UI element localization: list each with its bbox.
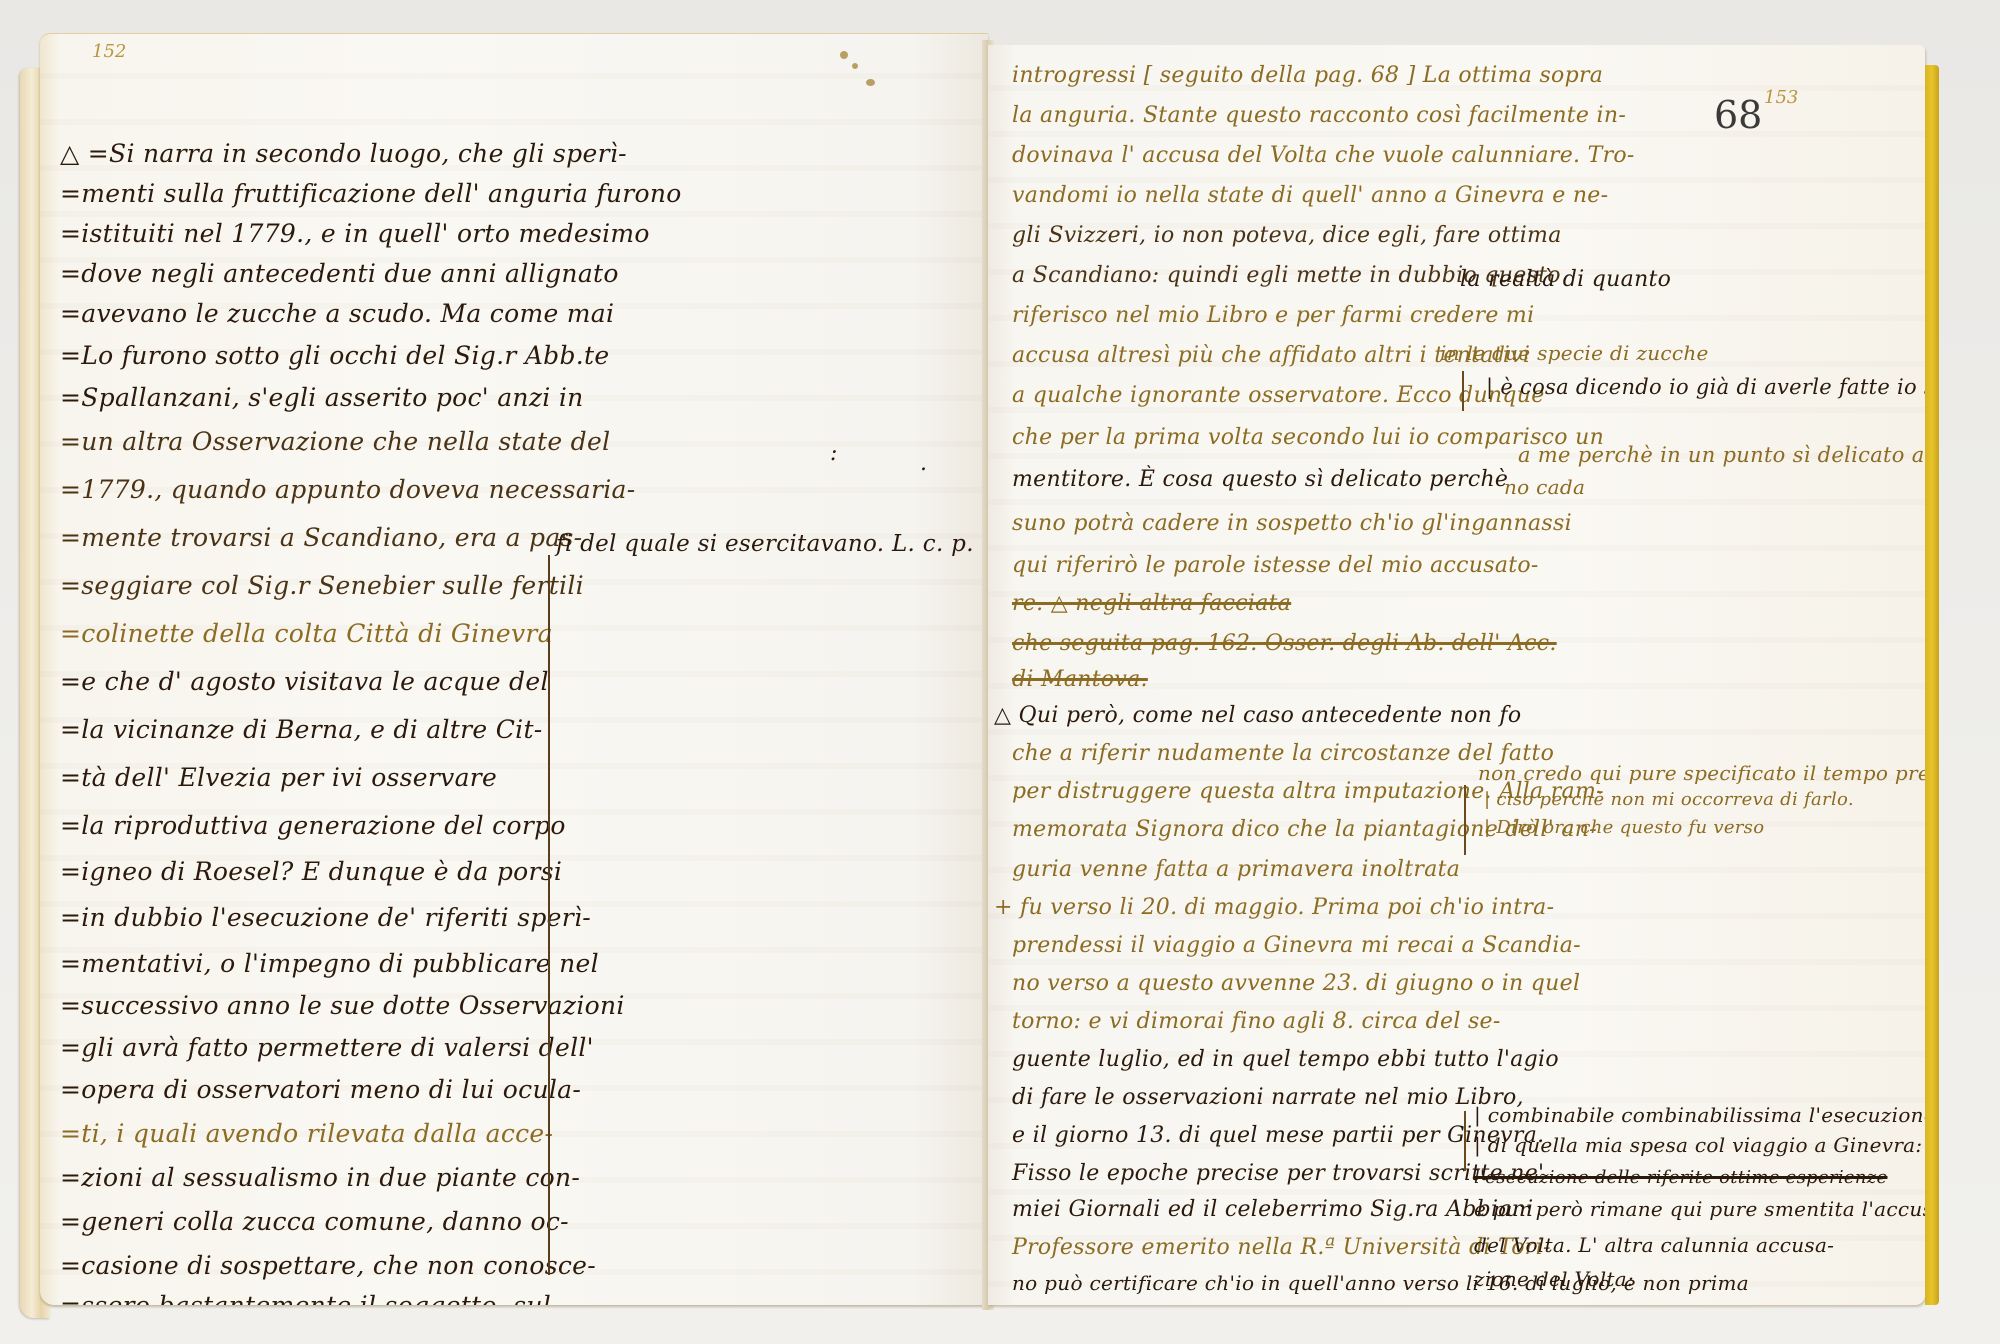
text-line: =avevano le zucche a scudo. Ma come mai <box>60 301 614 326</box>
text-line: prendessi il viaggio a Ginevra mi recai … <box>1012 935 1581 957</box>
insertion-bracket <box>1464 1111 1466 1171</box>
folio-number: 68 <box>1714 93 1762 137</box>
text-line: dovinava l' accusa del Volta che vuole c… <box>1012 145 1635 167</box>
margin-mark: : <box>830 443 838 465</box>
margin-addition: no cada <box>1504 477 1585 497</box>
right-pencil-page-number: 153 <box>1764 87 1798 108</box>
text-line: la anguria. Stante questo racconto così … <box>1012 105 1626 127</box>
text-line: =menti sulla fruttificazione dell' angur… <box>60 181 682 206</box>
text-line: =1779., quando appunto doveva necessaria… <box>60 477 635 502</box>
text-line: =ssero bastantemente il soggetto, sul <box>60 1293 551 1305</box>
text-line: =opera di osservatori meno di lui ocula- <box>60 1077 581 1102</box>
text-line: =la riproduttiva generazione del corpo <box>60 813 566 838</box>
text-line: =Spallanzani, s'egli asserito poc' anzi … <box>60 385 584 410</box>
margin-addition: | è cosa dicendo io già di averle fatte … <box>1486 377 1925 398</box>
text-line: introgressi [ seguito della pag. 68 ] La… <box>1012 65 1603 87</box>
text-line: =dove negli antecedenti due anni alligna… <box>60 261 619 286</box>
margin-addition: | ciso perchè non mi occorreva di farlo. <box>1484 791 1854 809</box>
insertion-bracket <box>1462 371 1464 411</box>
struck-text-line: di Mantova. <box>1012 669 1148 691</box>
text-line: =tà dell' Elvezia per ivi osservare <box>60 765 497 790</box>
text-line: torno: e vi dimorai fino agli 8. circa d… <box>1012 1011 1501 1033</box>
text-line: △ Qui però, come nel caso antecedente no… <box>994 705 1521 727</box>
margin-note: fi del quale si esercitavano. L. c. p. 1… <box>556 533 988 556</box>
margin-addition: del Volta. L' altra calunnia accusa- <box>1474 1235 1834 1255</box>
text-line: guria venne fatta a primavera inoltrata <box>1012 859 1460 881</box>
text-line: di fare le osservazioni narrate nel mio … <box>1012 1087 1524 1109</box>
margin-addition: | Dirò ora che questo fu verso <box>1484 819 1764 837</box>
margin-bracket-line <box>548 555 550 1275</box>
text-line: riferisco nel mio Libro e per farmi cred… <box>1012 305 1534 327</box>
text-line: =zioni al sessualismo in due piante con- <box>60 1165 580 1190</box>
text-line: no verso a questo avvenne 23. di giugno … <box>1012 973 1580 995</box>
struck-text-line: che seguita pag. 162. Osser. degli Ab. d… <box>1012 633 1557 655</box>
ink-stain <box>866 79 875 86</box>
text-line: vandomi io nella state di quell' anno a … <box>1012 185 1608 207</box>
text-line: che per la prima volta secondo lui io co… <box>1012 427 1604 449</box>
text-line: =casione di sospettare, che non conosce- <box>60 1253 596 1278</box>
right-page: 68 153 introgressi [ seguito della pag. … <box>988 45 1925 1305</box>
text-line: =colinette della colta Città di Ginevra <box>60 621 553 646</box>
yellow-page-edge <box>1925 65 1939 1305</box>
margin-addition: a me perchè in un punto sì delicato a ne… <box>1518 445 1925 466</box>
margin-addition: | di quella mia spesa col viaggio a Gine… <box>1474 1135 1925 1155</box>
text-line: che a riferir nudamente la circostanze d… <box>1012 743 1554 765</box>
text-line: =la vicinanze di Berna, e di altre Cit- <box>60 717 543 742</box>
text-line: =seggiare col Sig.r Senebier sulle ferti… <box>60 573 584 598</box>
left-pencil-page-number: 152 <box>92 41 126 62</box>
text-line: =in dubbio l'esecuzione de' riferiti spe… <box>60 905 591 930</box>
text-line: =generi colla zucca comune, danno oc- <box>60 1209 569 1234</box>
text-line: gli Svizzeri, io non poteva, dice egli, … <box>1012 225 1562 247</box>
text-line: =un altra Osservazione che nella state d… <box>60 429 610 454</box>
text-line: a qualche ignorante osservatore. Ecco du… <box>1012 385 1545 407</box>
text-line: qui riferirò le parole istesse del mio a… <box>1012 555 1539 577</box>
margin-addition: non credo qui pure specificato il tempo … <box>1478 763 1925 783</box>
text-line: =igneo di Roesel? E dunque è da porsi <box>60 859 562 884</box>
struck-margin-addition: l'esecuzione delle riferite ottime esper… <box>1474 1169 1887 1187</box>
insertion-bracket <box>1464 785 1466 855</box>
margin-addition: e pur però rimane qui pure smentita l'ac… <box>1474 1199 1925 1219</box>
text-line: =Lo furono sotto gli occhi del Sig.r Abb… <box>60 343 609 368</box>
margin-addition: in le due specie di zucche <box>1440 343 1709 363</box>
text-line: △ =Si narra in secondo luogo, che gli sp… <box>60 141 627 166</box>
text-line: mentitore. È cosa questo sì delicato per… <box>1012 469 1508 491</box>
text-line: no può certificare ch'io in quell'anno v… <box>1012 1273 1749 1293</box>
struck-text-line: re. △ negli altra facciata <box>1012 593 1291 615</box>
margin-addition: la realtà di quanto <box>1460 269 1671 291</box>
text-line: =istituiti nel 1779., e in quell' orto m… <box>60 221 650 246</box>
text-line: + fu verso li 20. di maggio. Prima poi c… <box>994 897 1554 919</box>
text-line: Professore emerito nella R.ª Università … <box>1012 1237 1551 1259</box>
margin-addition: zione del Volta: <box>1474 1269 1634 1289</box>
text-line: =successivo anno le sue dotte Osservazio… <box>60 993 625 1018</box>
text-line: =gli avrà fatto permettere di valersi de… <box>60 1035 594 1060</box>
text-line: guente luglio, ed in quel tempo ebbi tut… <box>1012 1049 1559 1071</box>
text-line: miei Giornali ed il celeberrimo Sig.ra A… <box>1012 1199 1534 1221</box>
ink-stain <box>840 51 848 59</box>
text-line: =ti, i quali avendo rilevata dalla acce- <box>60 1121 553 1146</box>
text-line: =mentativi, o l'impegno di pubblicare ne… <box>60 951 599 976</box>
margin-mark: . <box>920 453 927 475</box>
left-page: 152 △ =Si narra in secondo luogo, che gl… <box>40 33 988 1305</box>
margin-addition: | combinabile combinabilissima l'esecuzi… <box>1474 1105 1925 1125</box>
ink-stain <box>852 63 858 69</box>
text-line: =mente trovarsi a Scandiano, era a pas- <box>60 525 582 550</box>
text-line: =e che d' agosto visitava le acque del <box>60 669 549 694</box>
text-line: suno potrà cadere in sospetto ch'io gl'i… <box>1012 513 1572 535</box>
